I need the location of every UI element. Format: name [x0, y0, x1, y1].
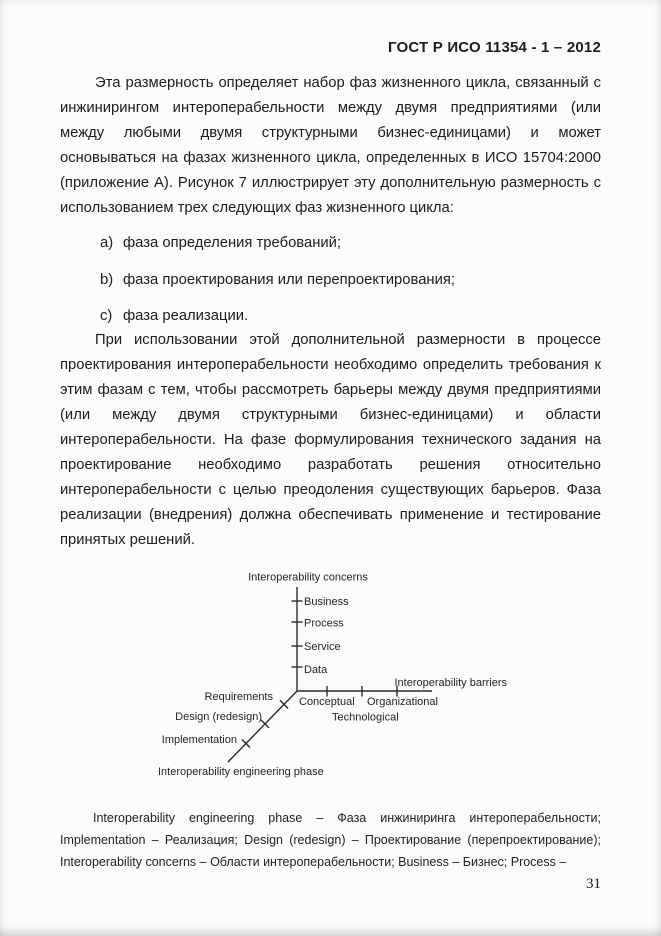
phase-tick-label: Requirements: [205, 691, 274, 703]
doc-header-code: ГОСТ Р ИСО 11354 - 1 – 2012: [388, 39, 601, 56]
phase-tick-label: Design (redesign): [175, 711, 262, 723]
phase-tick-label: Implementation: [162, 734, 237, 746]
page-number: 31: [586, 876, 601, 893]
paragraph-dimension-usage: При использовании этой дополнительной ра…: [60, 328, 601, 553]
list-item-text: фаза проектирования или перепроектирован…: [123, 272, 455, 288]
figure-interoperability-axes: Interoperability concerns Business Proce…: [0, 560, 661, 796]
list-item-marker: c): [100, 304, 123, 329]
barriers-tick-label: Organizational: [367, 696, 438, 708]
list-item-text: фаза определения требований;: [123, 235, 341, 251]
concerns-tick-label: Service: [304, 641, 341, 653]
figure-caption: Interoperability engineering phase – Фаз…: [60, 807, 601, 873]
axes-diagram: Interoperability concerns Business Proce…: [0, 560, 661, 796]
list-item: a)фаза определения требований;: [60, 231, 601, 256]
concerns-tick-label: Process: [304, 618, 344, 630]
list-item: c)фаза реализации.: [60, 304, 601, 329]
list-item: b)фаза проектирования или перепроектиров…: [60, 268, 601, 293]
lifecycle-phase-list: a)фаза определения требований; b)фаза пр…: [60, 231, 601, 341]
document-page: ГОСТ Р ИСО 11354 - 1 – 2012 Эта размерно…: [0, 0, 661, 936]
list-item-marker: b): [100, 268, 123, 293]
barriers-axis-title: Interoperability barriers: [395, 677, 508, 689]
barriers-tick-label: Technological: [332, 712, 399, 724]
list-item-text: фаза реализации.: [123, 308, 248, 324]
paragraph-lifecycle-intro: Эта размерность определяет набор фаз жиз…: [60, 71, 601, 221]
barriers-tick-label: Conceptual: [299, 696, 355, 708]
concerns-tick-label: Business: [304, 596, 349, 608]
concerns-tick-label: Data: [304, 664, 328, 676]
phase-axis-title: Interoperability engineering phase: [158, 766, 324, 778]
list-item-marker: a): [100, 231, 123, 256]
concerns-axis-title: Interoperability concerns: [248, 572, 368, 584]
